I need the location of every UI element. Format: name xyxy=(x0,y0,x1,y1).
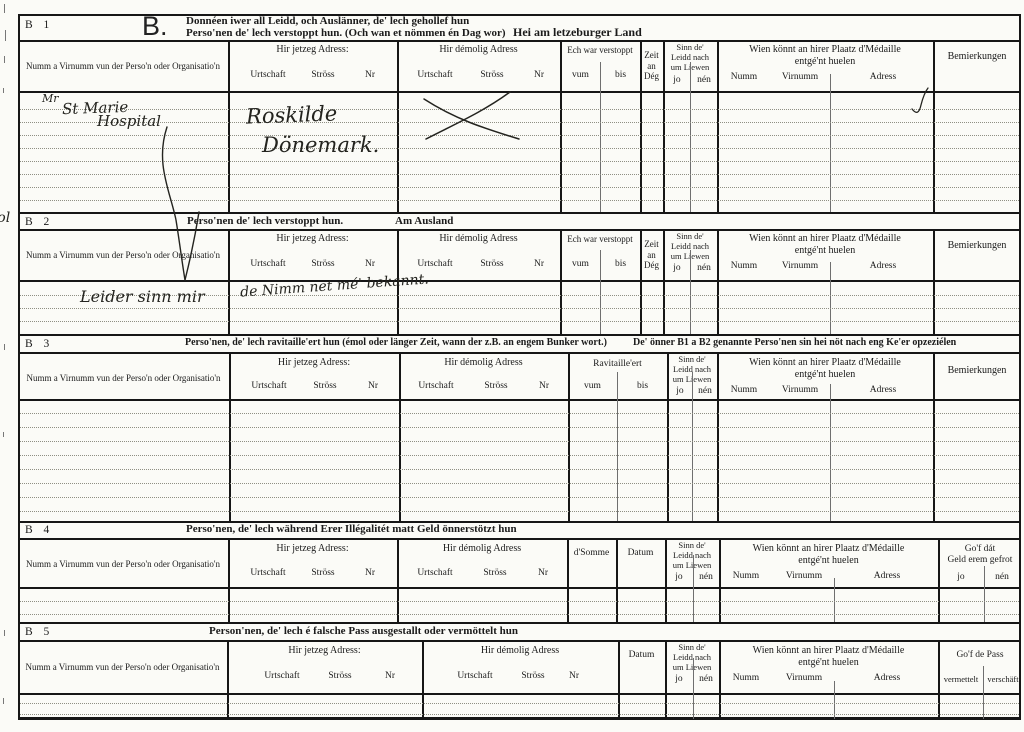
b1-col-bemierkungen: Bemierkungen xyxy=(933,50,1021,64)
b3-title-underline xyxy=(18,352,1021,354)
b4-vline xyxy=(938,538,940,622)
ruled-line xyxy=(20,187,1019,188)
b2-zeit-l3: Dég xyxy=(644,260,659,271)
b3-sub-urtschaft2: Urtschaft xyxy=(406,381,466,393)
b4-sub-nr: Nr xyxy=(352,568,388,580)
b2-sub-stross: Ströss xyxy=(300,259,346,271)
b5-title-underline xyxy=(18,640,1021,642)
b2-title-underline xyxy=(18,229,1021,231)
x-mark-stroke1 xyxy=(424,99,519,139)
section-b4-label: B 4 xyxy=(25,524,53,536)
b3-col-wien: Wien könnt an hirer Plaatz d'Médaille en… xyxy=(717,357,933,381)
b2-sub-nen: nén xyxy=(691,263,717,275)
b3-sinn-l1: Sinn de' xyxy=(678,354,705,364)
b1-col-verstoppt: Ech war verstoppt xyxy=(561,44,639,56)
b1-zeit-l3: Dég xyxy=(644,71,659,82)
b5-wien-l1: Wien könnt an hirer Plaatz d'Médaille xyxy=(753,645,905,657)
b1-col-zeit: Zeit an Dég xyxy=(640,46,663,86)
ruled-line xyxy=(20,455,1019,456)
b5-vline xyxy=(227,640,229,719)
b3-top-line xyxy=(18,334,1021,336)
b5-sub-numm: Numm xyxy=(724,673,768,685)
hw-margin-note: mol xyxy=(0,210,10,226)
b2-vline xyxy=(228,229,230,334)
b3-title2: De' önner B1 a B2 genannte Perso'nen sin… xyxy=(633,337,956,348)
b1-sub-numm: Numm xyxy=(722,72,766,84)
b3-title: Perso'nen, de' lech ravitaille'ert hun (… xyxy=(185,337,607,348)
b5-sub-nr: Nr xyxy=(372,671,408,683)
ruled-line xyxy=(20,441,1019,442)
b2-sub-jo: jo xyxy=(664,263,690,275)
b3-sub-bis: bis xyxy=(620,381,665,393)
b4-sub-adress: Adress xyxy=(840,571,934,583)
scanned-form-page: B 1 B. Donnéen iwer all Leidd, och Auslä… xyxy=(0,0,1024,732)
b1-sub-adress: Adress xyxy=(836,72,930,84)
b5-vline xyxy=(422,640,424,719)
b4-wien-l1: Wien könnt an hirer Plaatz d'Médaille xyxy=(753,543,905,555)
b3-sub-nr2: Nr xyxy=(524,381,564,393)
b5-vline-thin xyxy=(693,658,694,719)
b1-sub-stross: Ströss xyxy=(300,70,346,82)
ruled-line xyxy=(20,161,1019,162)
b2-col-name: Numm a Virnumm vun der Perso'n oder Orga… xyxy=(20,241,226,269)
b2-vline xyxy=(933,229,935,334)
ruled-line xyxy=(20,122,1019,123)
ruled-line xyxy=(20,135,1019,136)
section-b-letter: B. xyxy=(142,11,168,42)
frame-bottom xyxy=(18,717,1021,720)
b1-title-right: Hei am letzeburger Land xyxy=(513,25,642,40)
b5-sub-urtschaft2: Urtschaft xyxy=(445,671,505,683)
margin-tick xyxy=(4,344,5,350)
ruled-line xyxy=(20,469,1019,470)
b4-col-sinn: Sinn de' Leidd nach um Liewen xyxy=(665,540,719,570)
b4-title-underline xyxy=(18,538,1021,540)
b3-vline xyxy=(717,352,719,521)
b3-header-underline xyxy=(18,399,1021,401)
b3-sub-stross2: Ströss xyxy=(470,381,522,393)
b2-header-underline xyxy=(18,280,1021,282)
b2-title: Perso'nen de' lech verstoppt hun. xyxy=(187,215,343,227)
b4-vline xyxy=(616,538,618,622)
ruled-line xyxy=(20,308,1019,309)
b5-sub-urtschaft: Urtschaft xyxy=(252,671,312,683)
b1-sub-vum: vum xyxy=(562,70,599,82)
b4-sub-urtschaft2: Urtschaft xyxy=(404,568,466,580)
b4-top-line xyxy=(18,521,1021,523)
b4-col-gof: Go'f dát Geld erem gefrot xyxy=(938,543,1022,567)
b3-sub-virnumm: Virnumm xyxy=(772,385,828,397)
ruled-line xyxy=(20,614,1019,615)
b1-sinn-l2: Leidd nach xyxy=(671,52,709,62)
b2-vline xyxy=(640,229,642,334)
margin-tick xyxy=(3,698,4,704)
b5-vline xyxy=(665,640,667,719)
b1-title-underline xyxy=(18,40,1021,42)
b4-vline xyxy=(228,538,230,622)
b2-top-line xyxy=(18,212,1021,214)
b1-vline-thin xyxy=(830,74,831,212)
b1-sub-urtschaft: Urtschaft xyxy=(238,70,298,82)
ruled-line xyxy=(20,413,1019,414)
b4-header-underline xyxy=(18,587,1021,589)
b4-col-somme: d'Somme xyxy=(567,548,616,560)
b4-sub-gof-jo: jo xyxy=(940,572,982,584)
b4-sub-gof-nen: nén xyxy=(985,572,1019,584)
b4-sinn-l2: Leidd nach xyxy=(673,550,711,560)
b4-vline xyxy=(719,538,721,622)
b2-sub-urtschaft: Urtschaft xyxy=(238,259,298,271)
b2-col-zeit: Zeit an Dég xyxy=(640,235,663,275)
b3-sub-numm: Numm xyxy=(722,385,766,397)
b4-sub-nr2: Nr xyxy=(524,568,562,580)
b3-wien-l2: entgé'nt huelen xyxy=(795,369,855,381)
ruled-line xyxy=(20,703,1019,704)
b5-vline xyxy=(938,640,940,719)
b4-sub-nen: nén xyxy=(694,572,718,584)
b3-sub-adress: Adress xyxy=(836,385,930,397)
hw-b2-left: Leider sinn mir xyxy=(80,287,205,306)
b5-col-gof: Go'f de Pass xyxy=(938,650,1022,662)
b3-col-name: Numm a Virnumm vun der Perso'n oder Orga… xyxy=(20,364,227,392)
b4-col-wien: Wien könnt an hirer Plaatz d'Médaille en… xyxy=(719,543,938,567)
b2-vline xyxy=(663,229,665,334)
b2-vline xyxy=(717,229,719,334)
b2-sub-vum: vum xyxy=(562,259,599,271)
b2-zeit-l2: an xyxy=(647,250,656,261)
ruled-line xyxy=(20,148,1019,149)
b3-vline xyxy=(399,352,401,521)
hw-name-line2: Hospital xyxy=(97,112,161,130)
b4-vline xyxy=(397,538,399,622)
b1-sub-nen: nén xyxy=(691,75,717,87)
margin-tick xyxy=(4,630,5,636)
b2-sub-stross2: Ströss xyxy=(468,259,516,271)
b3-sub-nen: nén xyxy=(693,386,717,398)
b5-sub-jo: jo xyxy=(666,674,692,686)
b1-zeit-l1: Zeit xyxy=(644,50,659,61)
b2-col-jetzeg: Hir jetzeg Adress: xyxy=(230,233,395,245)
b2-col-bemierkungen: Bemierkungen xyxy=(933,239,1021,253)
b2-col-verstoppt: Ech war verstoppt xyxy=(561,233,639,245)
margin-tick xyxy=(4,56,5,63)
b3-sub-jo: jo xyxy=(668,386,692,398)
b5-col-sinn: Sinn de' Leidd nach um Liewen xyxy=(665,642,719,672)
b2-sub-nr2: Nr xyxy=(520,259,558,271)
frame-top xyxy=(18,14,1021,16)
b4-gof-l2: Geld erem gefrot xyxy=(948,555,1013,566)
b3-vline xyxy=(667,352,669,521)
b5-sub-stross: Ströss xyxy=(316,671,364,683)
ruled-line xyxy=(20,511,1019,512)
section-b3-label: B 3 xyxy=(25,338,53,350)
b3-vline xyxy=(229,352,231,521)
b2-wien-l1: Wien könnt an hirer Plaatz d'Médaille xyxy=(749,233,901,245)
b5-vline-thin xyxy=(983,666,984,719)
b1-col-name: Numm a Virnumm vun der Perso'n oder Orga… xyxy=(20,52,226,80)
ruled-line xyxy=(20,174,1019,175)
b4-sub-virnumm: Virnumm xyxy=(776,571,832,583)
b5-col-wien: Wien könnt an hirer Plaatz d'Médaille en… xyxy=(719,645,938,669)
b4-sinn-l1: Sinn de' xyxy=(678,540,705,550)
b2-sub-virnumm: Virnumm xyxy=(772,261,828,273)
b4-col-datum: Datum xyxy=(616,548,665,560)
b2-title-right: Am Ausland xyxy=(395,215,453,227)
b1-title-line2: Perso'nen de' lech verstoppt hun. (Och w… xyxy=(186,27,506,39)
section-b1-label: B 1 xyxy=(25,19,53,31)
b5-vline xyxy=(618,640,620,719)
b4-col-demolig: Hir démolig Adress xyxy=(399,543,565,555)
b5-sinn-l2: Leidd nach xyxy=(673,652,711,662)
x-mark-stroke2 xyxy=(426,92,510,139)
b1-vline-thin xyxy=(690,62,691,212)
b1-col-wien: Wien könnt an hirer Plaatz d'Médaille en… xyxy=(717,44,933,68)
margin-tick xyxy=(5,30,6,41)
b5-title: Person'nen, de' lech é falsche Pass ausg… xyxy=(209,625,518,637)
b5-sub-nen: nén xyxy=(694,674,718,686)
b5-col-name: Numm a Virnumm vun der Perso'n oder Orga… xyxy=(20,653,225,681)
b5-sinn-l1: Sinn de' xyxy=(678,642,705,652)
b5-sub-stross2: Ströss xyxy=(510,671,556,683)
hw-addr-line1: Roskilde xyxy=(246,101,338,128)
b1-sub-urtschaft2: Urtschaft xyxy=(404,70,466,82)
b4-gof-l1: Go'f dát xyxy=(965,544,995,555)
b5-sub-verschaft: verschäft xyxy=(985,673,1021,685)
b1-wien-l2: entgé'nt huelen xyxy=(795,56,855,68)
b2-sub-urtschaft2: Urtschaft xyxy=(404,259,466,271)
b4-sub-jo: jo xyxy=(666,572,692,584)
ruled-line xyxy=(20,483,1019,484)
b1-vline-thin xyxy=(600,62,601,212)
b2-sub-nr: Nr xyxy=(352,259,388,271)
b5-header-underline xyxy=(18,693,1021,695)
b1-sub-nr: Nr xyxy=(352,70,388,82)
b4-vline-thin xyxy=(834,578,835,622)
b2-sub-adress: Adress xyxy=(836,261,930,273)
b4-col-name: Numm a Virnumm vun der Perso'n oder Orga… xyxy=(20,550,226,578)
b3-col-jetzeg: Hir jetzeg Adress: xyxy=(231,357,397,369)
b3-col-ravitailleert: Ravitaille'ert xyxy=(568,359,667,371)
b1-zeit-l2: an xyxy=(647,61,656,72)
b1-sub-stross2: Ströss xyxy=(468,70,516,82)
b5-sub-vermettelt: vermettelt xyxy=(939,673,983,685)
b5-wien-l2: entgé'nt huelen xyxy=(798,657,858,669)
section-b5-label: B 5 xyxy=(25,626,53,638)
ruled-line xyxy=(20,321,1019,322)
b5-col-demolig: Hir démolig Adress xyxy=(424,645,616,657)
b2-wien-l2: entgé'nt huelen xyxy=(795,245,855,257)
b1-sub-jo: jo xyxy=(664,75,690,87)
b4-sinn-l3: um Liewen xyxy=(673,560,711,570)
b2-col-demolig: Hir démolig Adress xyxy=(399,233,558,245)
b3-sub-stross: Ströss xyxy=(301,381,349,393)
b4-col-jetzeg: Hir jetzeg Adress: xyxy=(230,543,395,555)
b3-col-demolig: Hir démolig Adress xyxy=(401,357,566,369)
b3-vline-thin xyxy=(830,384,831,521)
b2-sub-numm: Numm xyxy=(722,261,766,273)
margin-tick xyxy=(4,4,5,13)
margin-tick xyxy=(3,432,4,437)
b1-col-jetzeg: Hir jetzeg Adress: xyxy=(230,44,395,56)
hw-mark: Mr xyxy=(42,92,59,105)
b3-vline-thin xyxy=(617,372,618,521)
b2-sub-bis: bis xyxy=(602,259,639,271)
b5-top-line xyxy=(18,622,1021,624)
b1-wien-l1: Wien könnt an hirer Plaatz d'Médaille xyxy=(749,44,901,56)
b3-wien-l1: Wien könnt an hirer Plaatz d'Médaille xyxy=(749,357,901,369)
hw-addr-line2: Dönemark. xyxy=(262,133,379,157)
b3-sub-nr: Nr xyxy=(353,381,393,393)
b3-vline xyxy=(933,352,935,521)
ruled-line xyxy=(20,200,1019,201)
b1-sub-bis: bis xyxy=(602,70,639,82)
ruled-line xyxy=(20,714,1019,715)
b4-sub-stross: Ströss xyxy=(300,568,346,580)
b5-sinn-l3: um Liewen xyxy=(673,662,711,672)
b5-sub-adress: Adress xyxy=(840,673,934,685)
b2-vline xyxy=(560,229,562,334)
b3-sub-vum: vum xyxy=(570,381,615,393)
ruled-line xyxy=(20,109,1019,110)
ruled-line xyxy=(20,601,1019,602)
b1-sinn-l1: Sinn de' xyxy=(676,42,703,52)
b5-vline xyxy=(719,640,721,719)
b4-sub-stross2: Ströss xyxy=(470,568,520,580)
b2-vline-thin xyxy=(830,262,831,334)
ruled-line xyxy=(20,427,1019,428)
b4-vline xyxy=(567,538,569,622)
b5-sub-nr2: Nr xyxy=(558,671,590,683)
b4-title: Perso'nen, de' lech während Erer Illégal… xyxy=(186,523,517,535)
b4-sub-numm: Numm xyxy=(724,571,768,583)
b3-vline-thin xyxy=(692,372,693,521)
b4-sub-urtschaft: Urtschaft xyxy=(238,568,298,580)
b5-col-jetzeg: Hir jetzeg Adress: xyxy=(229,645,420,657)
b2-col-wien: Wien könnt an hirer Plaatz d'Médaille en… xyxy=(717,233,933,257)
margin-tick xyxy=(3,88,4,93)
b4-vline-thin xyxy=(693,555,694,622)
b4-wien-l2: entgé'nt huelen xyxy=(798,555,858,567)
b1-sub-virnumm: Virnumm xyxy=(772,72,828,84)
b5-sub-virnumm: Virnumm xyxy=(776,673,832,685)
b3-sub-urtschaft: Urtschaft xyxy=(239,381,299,393)
section-b2-label: B 2 xyxy=(25,216,53,228)
b2-zeit-l1: Zeit xyxy=(644,239,659,250)
b1-title-line1: Donnéen iwer all Leidd, och Auslänner, d… xyxy=(186,15,469,27)
b1-header-underline xyxy=(18,91,1021,93)
ruled-line xyxy=(20,497,1019,498)
b3-vline xyxy=(568,352,570,521)
hw-b2-right: de Nimm net mé' bekannt. xyxy=(240,271,430,300)
b3-col-bemierkungen: Bemierkungen xyxy=(933,364,1021,378)
b2-sinn-l1: Sinn de' xyxy=(676,231,703,241)
b1-col-demolig: Hir démolig Adress xyxy=(399,44,558,56)
b5-col-datum: Datum xyxy=(618,650,665,662)
b4-vline xyxy=(665,538,667,622)
b1-sub-nr2: Nr xyxy=(520,70,558,82)
